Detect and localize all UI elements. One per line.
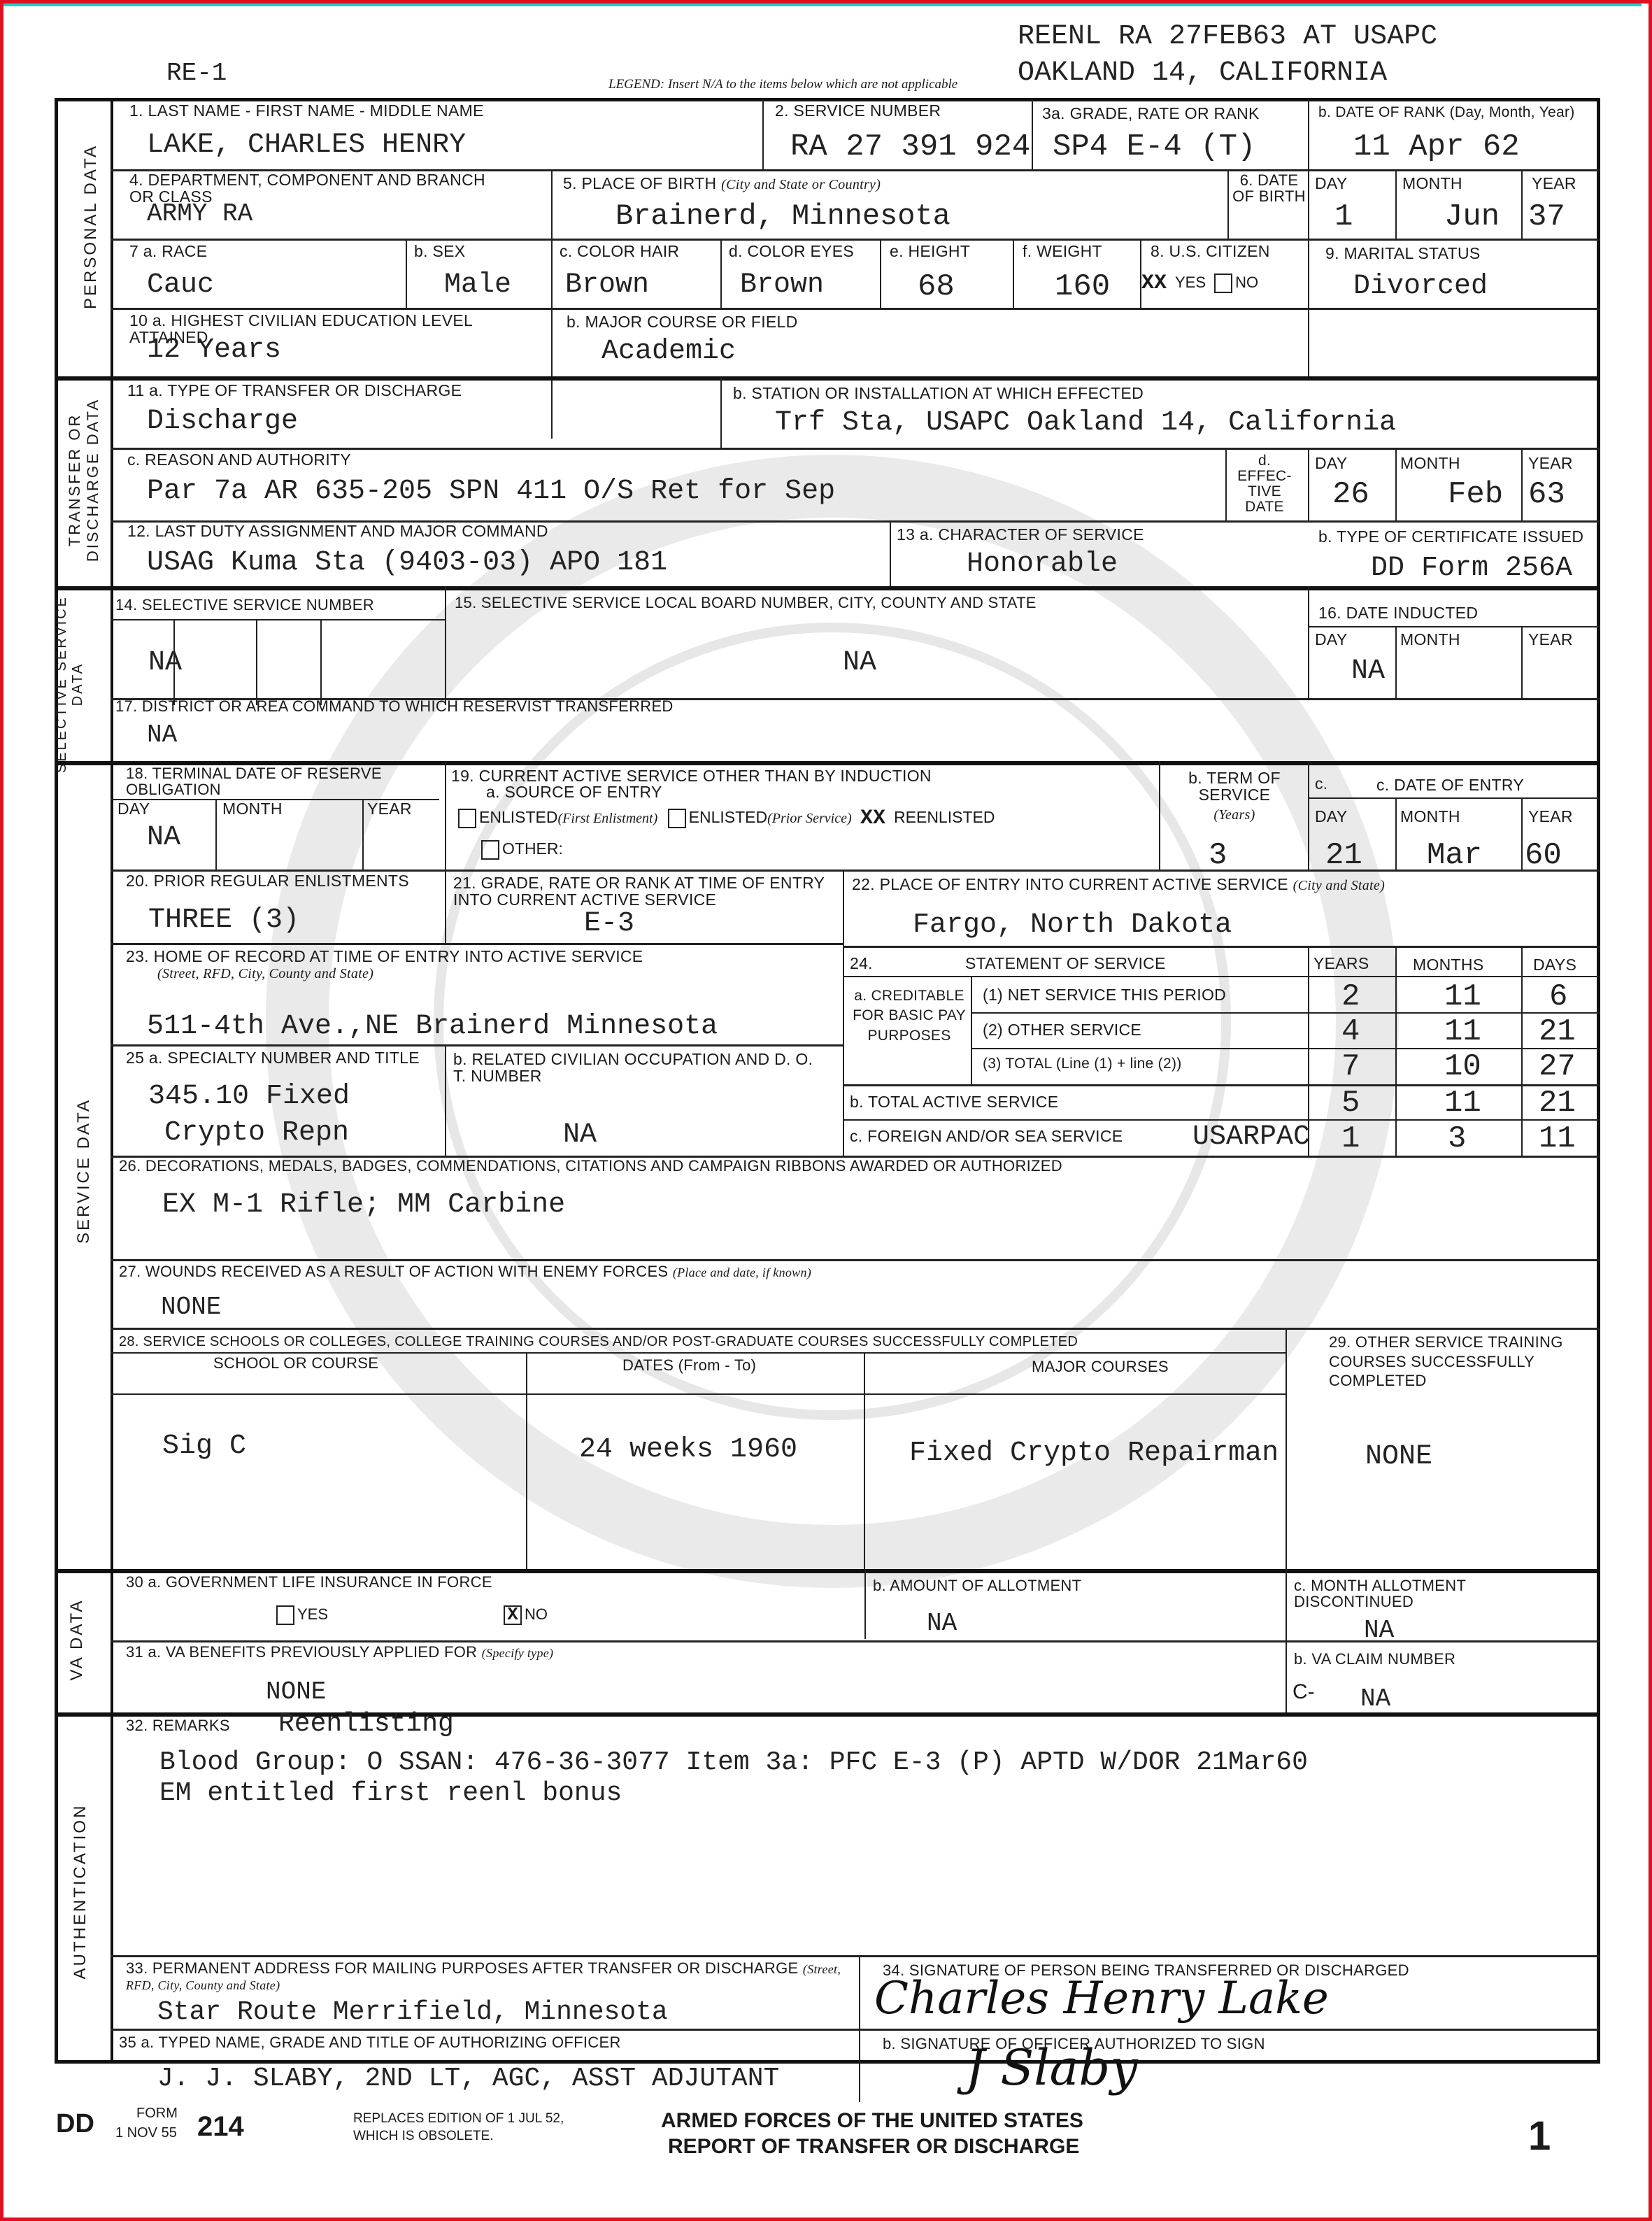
total-label: (3) TOTAL (Line (1) + line (2))	[983, 1056, 1182, 1072]
foreign-service-location[interactable]: USARPAC	[1192, 1121, 1310, 1153]
divider	[445, 1044, 446, 1156]
place-entry-field[interactable]: Fargo, North Dakota	[913, 909, 1232, 941]
row-line	[971, 1048, 1600, 1049]
insurance-no: XNO	[504, 1605, 548, 1625]
footer-copy-number: 1	[1528, 2113, 1551, 2159]
row-line	[843, 976, 1600, 977]
marital-field[interactable]: Divorced	[1353, 271, 1488, 302]
eff-day-field[interactable]: 26	[1332, 477, 1369, 512]
row-line	[971, 1012, 1600, 1014]
row-line	[843, 1119, 1600, 1121]
benefits-field[interactable]: NONE	[266, 1677, 326, 1706]
remarks-line-2[interactable]: EM entitled first reenl bonus	[159, 1778, 622, 1808]
row-line	[843, 946, 1600, 948]
statement-col-days: DAYS	[1533, 956, 1576, 973]
source-options-row1: ENLISTED(First Enlistment) ENLISTED(Prio…	[458, 808, 995, 829]
other-checkbox[interactable]	[481, 840, 499, 860]
station-label: b. STATION OR INSTALLATION AT WHICH EFFE…	[733, 385, 1144, 402]
section-service-data: SERVICE DATA	[74, 1073, 94, 1269]
term-hint: (Years)	[1165, 808, 1304, 823]
entry-c-prefix: c.	[1315, 775, 1328, 792]
weight-field[interactable]: 160	[1055, 269, 1110, 304]
eyes-field[interactable]: Brown	[740, 269, 824, 301]
eff-day-label: DAY	[1315, 455, 1348, 471]
form-code: RE-1	[166, 59, 227, 87]
divider	[406, 239, 407, 308]
total-active-months[interactable]: 11	[1444, 1086, 1481, 1121]
citizen-no-checkbox[interactable]	[1214, 274, 1232, 293]
hair-field[interactable]: Brown	[565, 269, 649, 301]
claim-label: b. VA CLAIM NUMBER	[1294, 1651, 1455, 1667]
enlisted-prior-hint: (Prior Service)	[767, 811, 852, 826]
board-label: 15. SELECTIVE SERVICE LOCAL BOARD NUMBER…	[455, 595, 1037, 611]
divider	[1286, 1328, 1287, 1569]
total-months[interactable]: 10	[1444, 1049, 1481, 1084]
benefits-label: 31 a. VA BENEFITS PREVIOUSLY APPLIED FOR…	[126, 1644, 553, 1660]
other-service-label: (2) OTHER SERVICE	[983, 1021, 1141, 1038]
section-personal-data: PERSONAL DATA	[81, 115, 101, 339]
prior-enlistments-field[interactable]: THREE (3)	[148, 904, 299, 936]
inducted-label: 16. DATE INDUCTED	[1318, 604, 1478, 621]
citizen-no-label: NO	[1235, 274, 1258, 291]
sex-field[interactable]: Male	[444, 269, 511, 301]
school-dates-field[interactable]: 24 weeks 1960	[579, 1434, 797, 1466]
education-field[interactable]: 12 Years	[147, 334, 281, 366]
decorations-label: 26. DECORATIONS, MEDALS, BADGES, COMMEND…	[119, 1158, 1062, 1174]
marital-label: 9. MARITAL STATUS	[1325, 245, 1481, 262]
divider	[1308, 586, 1309, 700]
station-field[interactable]: Trf Sta, USAPC Oakland 14, California	[775, 407, 1396, 439]
terminal-day-label: DAY	[118, 800, 150, 817]
transfer-type-field[interactable]: Discharge	[147, 406, 298, 437]
enlisted-first-checkbox[interactable]	[458, 809, 476, 828]
entry-day-field[interactable]: 21	[1325, 838, 1362, 873]
source-options-row2: OTHER:	[481, 839, 563, 860]
enlisted-first-label: ENLISTED	[479, 808, 557, 826]
net-service-days[interactable]: 6	[1549, 979, 1567, 1014]
specialty-field-line1[interactable]: 345.10 Fixed	[148, 1081, 350, 1112]
footer-obsolete: WHICH IS OBSOLETE.	[353, 2129, 494, 2144]
entry-date-label: c. DATE OF ENTRY	[1376, 776, 1524, 793]
wounds-label: 27. WOUNDS RECEIVED AS A RESULT OF ACTIO…	[119, 1263, 811, 1279]
member-signature[interactable]: Charles Henry Lake	[874, 1973, 1329, 2024]
row-line	[111, 2029, 1600, 2031]
divider	[864, 1569, 866, 1639]
divider	[526, 1352, 527, 1569]
prior-enlistments-label: 20. PRIOR REGULAR ENLISTMENTS	[126, 872, 409, 889]
place-entry-label: 22. PLACE OF ENTRY INTO CURRENT ACTIVE S…	[852, 876, 1385, 893]
entry-month-field[interactable]: Mar	[1427, 838, 1482, 873]
major-label: b. MAJOR COURSE OR FIELD	[567, 313, 798, 330]
citizen-yes-label: YES	[1175, 274, 1206, 291]
divider	[864, 1352, 865, 1569]
race-label: 7 a. RACE	[129, 243, 207, 260]
race-field[interactable]: Cauc	[147, 269, 214, 301]
foreign-service-years[interactable]: 1	[1341, 1121, 1360, 1156]
school-field[interactable]: Sig C	[162, 1431, 246, 1462]
terminal-field[interactable]: NA	[147, 822, 180, 853]
divider	[1521, 797, 1523, 871]
divider	[1395, 626, 1397, 700]
divider	[1032, 99, 1033, 169]
dob-year-field[interactable]: 37	[1528, 199, 1565, 234]
footer-form-number: 214	[197, 2111, 244, 2143]
foreign-service-months[interactable]: 3	[1448, 1121, 1466, 1156]
dob-day-field[interactable]: 1	[1334, 199, 1353, 234]
schools-label: 28. SERVICE SCHOOLS OR COLLEGES, COLLEGE…	[119, 1335, 1078, 1349]
dob-month-field[interactable]: Jun	[1444, 199, 1500, 234]
insurance-label: 30 a. GOVERNMENT LIFE INSURANCE IN FORCE	[126, 1574, 492, 1590]
divider	[1395, 448, 1397, 521]
source-entry-label: a. SOURCE OF ENTRY	[486, 783, 662, 800]
eff-month-field[interactable]: Feb	[1448, 477, 1503, 512]
effective-date-label: d. EFFEC-TIVE DATE	[1230, 453, 1299, 515]
other-label: OTHER:	[502, 839, 563, 858]
reason-label: c. REASON AND AUTHORITY	[127, 451, 351, 468]
creditable-label: a. CREDITABLE FOR BASIC PAY PURPOSES	[850, 986, 969, 1046]
enlisted-prior-checkbox[interactable]	[668, 809, 686, 828]
row-line	[111, 1044, 843, 1046]
divider	[1521, 448, 1523, 521]
district-field[interactable]: NA	[147, 721, 177, 749]
transfer-type-label: 11 a. TYPE OF TRANSFER OR DISCHARGE	[127, 382, 462, 399]
other-training-field[interactable]: NONE	[1365, 1441, 1432, 1473]
footer-dd: DD	[56, 2109, 94, 2139]
divider	[762, 99, 764, 169]
section-transfer-data: TRANSFER OR DISCHARGE DATA	[66, 361, 102, 599]
section-authentication: AUTHENTICATION	[71, 1776, 90, 2007]
divider	[880, 239, 881, 308]
statement-number: 24.	[850, 955, 873, 972]
discontinued-label: c. MONTH ALLOTMENT DISCONTINUED	[1294, 1577, 1518, 1610]
entry-month-label: MONTH	[1400, 808, 1460, 825]
divider	[551, 169, 553, 439]
divider	[1395, 169, 1397, 239]
row-line	[111, 308, 1600, 310]
divider	[1395, 946, 1397, 1156]
divider	[1395, 797, 1397, 871]
divider	[1521, 169, 1523, 239]
decorations-field[interactable]: EX M-1 Rifle; MM Carbine	[162, 1189, 565, 1221]
name-label: 1. LAST NAME - FIRST NAME - MIDDLE NAME	[129, 102, 484, 119]
address-label: 33. PERMANENT ADDRESS FOR MAILING PURPOS…	[126, 1960, 846, 1992]
inducted-year-label: YEAR	[1528, 631, 1573, 648]
net-service-years[interactable]: 2	[1341, 979, 1360, 1014]
schools-col-a: SCHOOL OR COURSE	[213, 1355, 378, 1371]
reenlisted-label: REENLISTED	[894, 808, 995, 826]
certificate-label: b. TYPE OF CERTIFICATE ISSUED	[1318, 528, 1598, 545]
pob-label: 5. PLACE OF BIRTH (City and State or Cou…	[563, 175, 881, 192]
divider	[1227, 169, 1229, 239]
insurance-no-checkbox[interactable]: X	[504, 1605, 522, 1625]
name-field[interactable]: LAKE, CHARLES HENRY	[147, 129, 466, 161]
officer-label: 35 a. TYPED NAME, GRADE AND TITLE OF AUT…	[119, 2034, 621, 2050]
divider	[1308, 761, 1309, 870]
divider	[1308, 448, 1309, 521]
reason-field[interactable]: Par 7a AR 635-205 SPN 411 O/S Ret for Se…	[147, 476, 835, 507]
row-line	[1308, 797, 1600, 799]
term-label: b. TERM OF SERVICE	[1165, 769, 1304, 803]
foreign-service-label: c. FOREIGN AND/OR SEA SERVICE	[850, 1128, 1123, 1144]
footer-title-2: REPORT OF TRANSFER OR DISCHARGE	[668, 2135, 1079, 2159]
service-number-label: 2. SERVICE NUMBER	[775, 102, 941, 119]
board-field[interactable]: NA	[843, 647, 876, 679]
current-service-label: 19. CURRENT ACTIVE SERVICE OTHER THAN BY…	[451, 767, 932, 784]
divider	[1159, 761, 1160, 870]
total-years[interactable]: 7	[1341, 1049, 1360, 1084]
hair-label: c. COLOR HAIR	[560, 243, 679, 260]
insurance-yes-checkbox[interactable]	[276, 1605, 294, 1625]
date-rank-field[interactable]: 11 Apr 62	[1353, 129, 1520, 164]
term-field[interactable]: 3	[1209, 838, 1227, 873]
footer-form-date: 1 NOV 55	[115, 2125, 177, 2141]
enlisted-prior-label: ENLISTED	[689, 808, 767, 826]
divider	[215, 799, 217, 870]
civilian-occupation-field[interactable]: NA	[563, 1119, 597, 1151]
school-major-field[interactable]: Fixed Crypto Repairman	[909, 1438, 1279, 1469]
row-line	[111, 1328, 1600, 1330]
grade-entry-label: 21. GRADE, RATE OR RANK AT TIME OF ENTRY…	[453, 874, 845, 908]
terminal-label: 18. TERMINAL DATE OF RESERVE OBLIGATION	[126, 765, 420, 797]
total-active-label: b. TOTAL ACTIVE SERVICE	[850, 1093, 1058, 1110]
stamp-line-2: OAKLAND 14, CALIFORNIA	[1018, 57, 1387, 89]
date-rank-label: b. DATE OF RANK (Day, Month, Year)	[1318, 105, 1575, 120]
remarks-label: 32. REMARKS	[126, 1717, 230, 1733]
grade-label: 3a. GRADE, RATE OR RANK	[1042, 105, 1260, 122]
entry-year-label: YEAR	[1528, 808, 1573, 825]
section-va-data: VA DATA	[67, 1584, 87, 1696]
remarks-line-1[interactable]: Blood Group: O SSAN: 476-36-3077 Item 3a…	[159, 1747, 1308, 1777]
home-record-field[interactable]: 511-4th Ave.,NE Brainerd Minnesota	[147, 1011, 718, 1042]
claim-prefix: C-	[1293, 1680, 1315, 1704]
dob-month-label: MONTH	[1402, 175, 1462, 192]
footer-title-1: ARMED FORCES OF THE UNITED STATES	[661, 2109, 1083, 2133]
net-service-months[interactable]: 11	[1444, 979, 1481, 1014]
allotment-label: b. AMOUNT OF ALLOTMENT	[873, 1577, 1081, 1594]
service-number-field[interactable]: RA 27 391 924	[790, 129, 1030, 164]
sex-label: b. SEX	[414, 243, 465, 260]
schools-col-c: MAJOR COURSES	[1032, 1358, 1169, 1375]
wounds-field[interactable]: NONE	[161, 1293, 221, 1321]
eff-month-label: MONTH	[1400, 455, 1460, 471]
height-label: e. HEIGHT	[890, 243, 970, 260]
weight-label: f. WEIGHT	[1023, 243, 1102, 260]
divider	[320, 619, 322, 705]
total-days[interactable]: 27	[1539, 1049, 1576, 1084]
eff-year-label: YEAR	[1528, 455, 1573, 471]
district-label: 17. DISTRICT OR AREA COMMAND TO WHICH RE…	[115, 698, 674, 714]
entry-day-label: DAY	[1315, 808, 1348, 825]
character-label: 13 a. CHARACTER OF SERVICE	[897, 526, 1144, 543]
home-record-hint: (Street, RFD, City, County and State)	[157, 967, 373, 981]
divider	[720, 239, 722, 308]
row-line	[111, 1393, 1286, 1395]
civilian-occupation-label: b. RELATED CIVILIAN OCCUPATION AND D. O.…	[453, 1051, 817, 1084]
ss-number-label: 14. SELECTIVE SERVICE NUMBER	[115, 597, 374, 613]
divider	[843, 870, 844, 1156]
divider	[1521, 946, 1523, 1156]
address-field[interactable]: Star Route Merrifield, Minnesota	[157, 1997, 668, 2027]
grade-entry-field[interactable]: E-3	[584, 908, 634, 939]
section-line	[55, 586, 1600, 590]
insurance-yes-label: YES	[297, 1605, 328, 1623]
footer-replaces: REPLACES EDITION OF 1 JUL 52,	[353, 2111, 564, 2127]
insurance-no-label: NO	[525, 1605, 548, 1623]
insurance-yes: YES	[276, 1605, 328, 1625]
row-line	[111, 448, 1600, 450]
total-active-years[interactable]: 5	[1341, 1086, 1360, 1121]
allotment-field[interactable]: NA	[927, 1609, 957, 1638]
divider	[1013, 239, 1014, 308]
grade-field[interactable]: SP4 E-4 (T)	[1053, 129, 1255, 164]
row-line	[1308, 626, 1600, 627]
row-line	[111, 1352, 1286, 1354]
foreign-service-days[interactable]: 11	[1539, 1121, 1576, 1156]
terminal-month-label: MONTH	[222, 800, 283, 817]
character-field[interactable]: Honorable	[967, 548, 1118, 580]
dept-field[interactable]: ARMY RA	[147, 199, 252, 228]
statement-col-years: YEARS	[1313, 955, 1369, 972]
row-line	[843, 1084, 1600, 1086]
row-line	[111, 1259, 1600, 1261]
row-line	[111, 1955, 1600, 1957]
dob-day-label: DAY	[1315, 175, 1348, 192]
officer-field[interactable]: J. J. SLABY, 2ND LT, AGC, ASST ADJUTANT	[157, 2064, 779, 2094]
other-service-days[interactable]: 21	[1539, 1014, 1576, 1049]
row-line	[111, 943, 843, 945]
citizen-yes-checkbox[interactable]: XX	[1141, 273, 1172, 294]
inducted-month-label: MONTH	[1400, 631, 1460, 648]
certificate-field[interactable]: DD Form 256A	[1371, 553, 1572, 584]
other-service-months[interactable]: 11	[1444, 1014, 1481, 1049]
divider	[890, 520, 891, 587]
net-service-label: (1) NET SERVICE THIS PERIOD	[983, 986, 1226, 1003]
section-selective-data: SELECTIVE SERVICE DATA	[54, 593, 86, 775]
divider	[1521, 626, 1523, 700]
inducted-field[interactable]: NA	[1351, 655, 1385, 687]
duty-label: 12. LAST DUTY ASSIGNMENT AND MAJOR COMMA…	[127, 523, 548, 539]
row-line	[111, 1640, 1600, 1642]
claim-field[interactable]: NA	[1360, 1684, 1390, 1713]
divider	[256, 619, 257, 705]
citizen-options: XXYES NO	[1141, 273, 1258, 294]
stamp-line-1: REENL RA 27FEB63 AT USAPC	[1018, 21, 1437, 52]
pob-field[interactable]: Brainerd, Minnesota	[615, 199, 950, 233]
statement-title: STATEMENT OF SERVICE	[965, 955, 1166, 972]
footer-form-label: FORM	[136, 2106, 178, 2122]
statement-col-months: MONTHS	[1413, 956, 1483, 973]
divider	[720, 378, 722, 448]
specialty-label: 25 a. SPECIALTY NUMBER AND TITLE	[126, 1049, 434, 1066]
duty-field[interactable]: USAG Kuma Sta (9403-03) APO 181	[147, 547, 667, 579]
enlisted-first-hint: (First Enlistment)	[557, 811, 657, 826]
home-record-label: 23. HOME OF RECORD AT TIME OF ENTRY INTO…	[126, 948, 643, 965]
schools-col-b: DATES (From - To)	[622, 1357, 756, 1373]
row-line	[111, 239, 1600, 241]
eyes-label: d. COLOR EYES	[729, 243, 854, 260]
ss-number-field[interactable]: NA	[148, 647, 182, 679]
divider	[362, 799, 364, 870]
row-line	[111, 619, 445, 620]
divider	[971, 976, 972, 1084]
reenlisted-checkbox[interactable]: XX	[860, 808, 891, 829]
other-training-label: 29. OTHER SERVICE TRAINING COURSES SUCCE…	[1329, 1333, 1595, 1391]
divider	[1225, 448, 1227, 521]
major-field[interactable]: Academic	[601, 336, 736, 367]
height-field[interactable]: 68	[918, 269, 955, 304]
dob-year-label: YEAR	[1532, 175, 1576, 192]
total-active-days[interactable]: 21	[1539, 1086, 1576, 1121]
eff-year-field[interactable]: 63	[1528, 477, 1565, 512]
citizen-label: 8. U.S. CITIZEN	[1151, 243, 1270, 260]
dob-label: 6. DATE OF BIRTH	[1232, 172, 1306, 204]
divider	[445, 761, 446, 943]
remarks-line-0[interactable]: Reenlisting	[278, 1709, 454, 1739]
divider	[445, 586, 446, 705]
officer-signature[interactable]: J Slaby	[965, 2039, 1138, 2096]
section-line	[55, 376, 1600, 381]
inducted-day-label: DAY	[1315, 631, 1348, 648]
entry-year-field[interactable]: 60	[1525, 838, 1562, 873]
section-divider	[111, 98, 113, 2064]
terminal-year-label: YEAR	[367, 800, 412, 817]
legend: LEGEND: Insert N/A to the items below wh…	[608, 77, 957, 92]
other-service-years[interactable]: 4	[1341, 1014, 1360, 1049]
specialty-field-line2[interactable]: Crypto Repn	[164, 1117, 349, 1149]
